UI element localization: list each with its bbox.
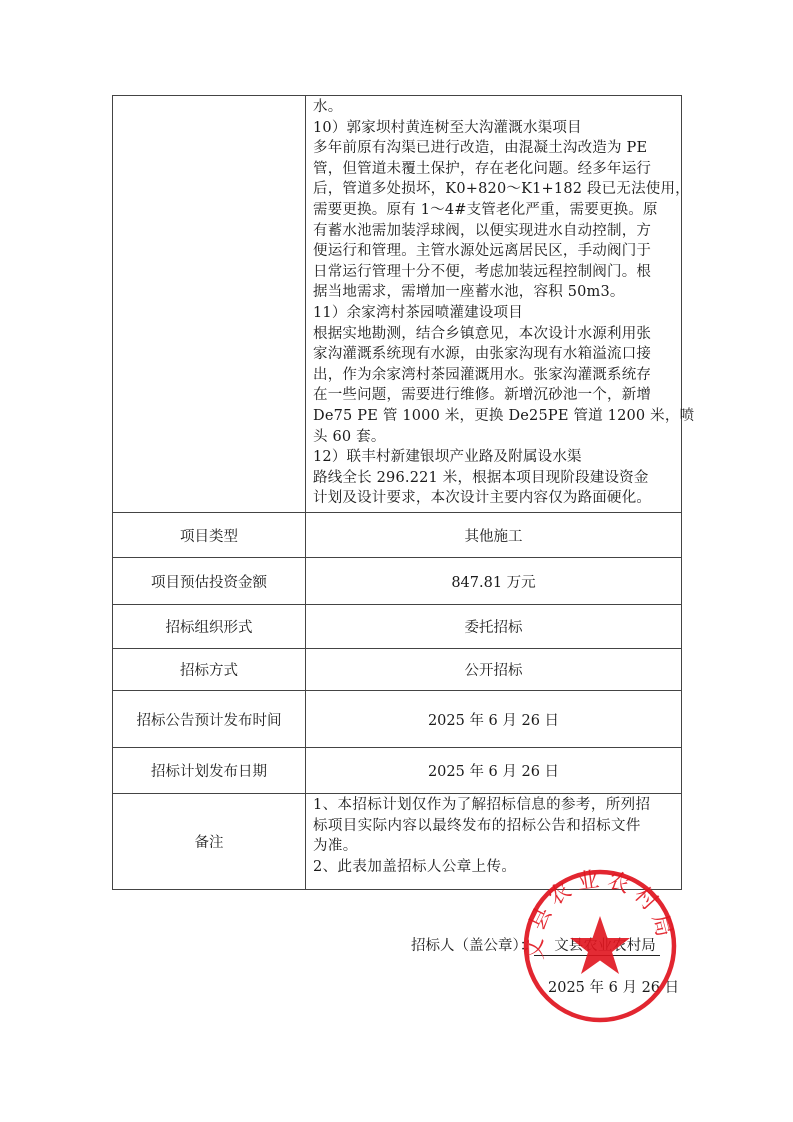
table-row-organization-form: 招标组织形式 委托招标 bbox=[113, 605, 682, 649]
table-row-tender-method: 招标方式 公开招标 bbox=[113, 649, 682, 691]
organization-form-value: 委托招标 bbox=[306, 605, 682, 649]
signature-date: 2025 年 6 月 26 日 bbox=[548, 976, 679, 997]
investment-value: 847.81 万元 bbox=[306, 558, 682, 605]
table-row-project-type: 项目类型 其他施工 bbox=[113, 513, 682, 558]
announcement-time-value: 2025 年 6 月 26 日 bbox=[306, 691, 682, 748]
notes-line: 标项目实际内容以最终发布的招标公告和招标文件 bbox=[313, 816, 677, 837]
project-type-value: 其他施工 bbox=[306, 513, 682, 558]
description-line: 路线全长 296.221 米，根据本项目现阶段建设资金 bbox=[313, 468, 677, 489]
description-line: 便运行和管理。主管水源处远离居民区，手动阀门于 bbox=[313, 241, 677, 262]
description-line: 后，管道多处损坏，K0+820～K1+182 段已无法使用， bbox=[313, 179, 677, 200]
plan-date-label: 招标计划发布日期 bbox=[113, 748, 306, 794]
description-line: 出，作为余家湾村茶园灌溉用水。张家沟灌溉系统存 bbox=[313, 365, 677, 386]
notes-cell: 1、本招标计划仅作为了解招标信息的参考，所列招 标项目实际内容以最终发布的招标公… bbox=[306, 794, 682, 890]
table-row-description: 水。 10）郭家坝村黄连树至大沟灌溉水渠项目 多年前原有沟渠已进行改造，由混凝土… bbox=[113, 96, 682, 513]
description-line: 需要更换。原有 1～4#支管老化严重，需要更换。原 bbox=[313, 200, 677, 221]
plan-date-value: 2025 年 6 月 26 日 bbox=[306, 748, 682, 794]
notes-line: 1、本招标计划仅作为了解招标信息的参考，所列招 bbox=[313, 795, 677, 816]
tender-method-value: 公开招标 bbox=[306, 649, 682, 691]
tenderer-signature: 招标人（盖公章）：文县农业农村局 bbox=[411, 934, 660, 956]
description-line: 计划及设计要求，本次设计主要内容仅为路面硬化。 bbox=[313, 488, 677, 509]
project-heading-12: 12）联丰村新建银坝产业路及附属设水渠 bbox=[313, 447, 677, 468]
description-line: 家沟灌溉系统现有水源，由张家沟现有水箱溢流口接 bbox=[313, 344, 677, 365]
description-line: 有蓄水池需加装浮球阀，以便实现进水自动控制，方 bbox=[313, 221, 677, 242]
description-line: 据当地需求，需增加一座蓄水池，容积 50m3。 bbox=[313, 282, 677, 303]
project-type-label: 项目类型 bbox=[113, 513, 306, 558]
tenderer-organization: 文县农业农村局 bbox=[534, 934, 660, 956]
document-page: 水。 10）郭家坝村黄连树至大沟灌溉水渠项目 多年前原有沟渠已进行改造，由混凝土… bbox=[0, 0, 793, 1122]
description-line: De75 PE 管 1000 米，更换 De25PE 管道 1200 米，喷 bbox=[313, 406, 677, 427]
description-line: 根据实地勘测，结合乡镇意见，本次设计水源利用张 bbox=[313, 324, 677, 345]
description-label-cell bbox=[113, 96, 306, 513]
table-row-announcement-time: 招标公告预计发布时间 2025 年 6 月 26 日 bbox=[113, 691, 682, 748]
description-line: 水。 bbox=[313, 97, 677, 118]
project-heading-11: 11）余家湾村茶园喷灌建设项目 bbox=[313, 303, 677, 324]
project-description-cell: 水。 10）郭家坝村黄连树至大沟灌溉水渠项目 多年前原有沟渠已进行改造，由混凝土… bbox=[306, 96, 682, 513]
description-line: 头 60 套。 bbox=[313, 427, 677, 448]
table-row-notes: 备注 1、本招标计划仅作为了解招标信息的参考，所列招 标项目实际内容以最终发布的… bbox=[113, 794, 682, 890]
organization-form-label: 招标组织形式 bbox=[113, 605, 306, 649]
investment-label: 项目预估投资金额 bbox=[113, 558, 306, 605]
notes-line: 2、此表加盖招标人公章上传。 bbox=[313, 857, 677, 878]
notes-label: 备注 bbox=[113, 794, 306, 890]
description-line: 日常运行管理十分不便，考虑加装远程控制阀门。根 bbox=[313, 262, 677, 283]
announcement-time-label: 招标公告预计发布时间 bbox=[113, 691, 306, 748]
notes-line: 为准。 bbox=[313, 836, 677, 857]
description-line: 在一些问题，需要进行维修。新增沉砂池一个，新增 bbox=[313, 385, 677, 406]
table-row-investment: 项目预估投资金额 847.81 万元 bbox=[113, 558, 682, 605]
table-row-plan-date: 招标计划发布日期 2025 年 6 月 26 日 bbox=[113, 748, 682, 794]
tender-method-label: 招标方式 bbox=[113, 649, 306, 691]
project-heading-10: 10）郭家坝村黄连树至大沟灌溉水渠项目 bbox=[313, 118, 677, 139]
description-line: 管，但管道未覆土保护，存在老化问题。经多年运行 bbox=[313, 159, 677, 180]
signature-label: 招标人（盖公章）： bbox=[411, 938, 534, 954]
description-line: 多年前原有沟渠已进行改造，由混凝土沟改造为 PE bbox=[313, 138, 677, 159]
tender-plan-table: 水。 10）郭家坝村黄连树至大沟灌溉水渠项目 多年前原有沟渠已进行改造，由混凝土… bbox=[112, 95, 682, 890]
